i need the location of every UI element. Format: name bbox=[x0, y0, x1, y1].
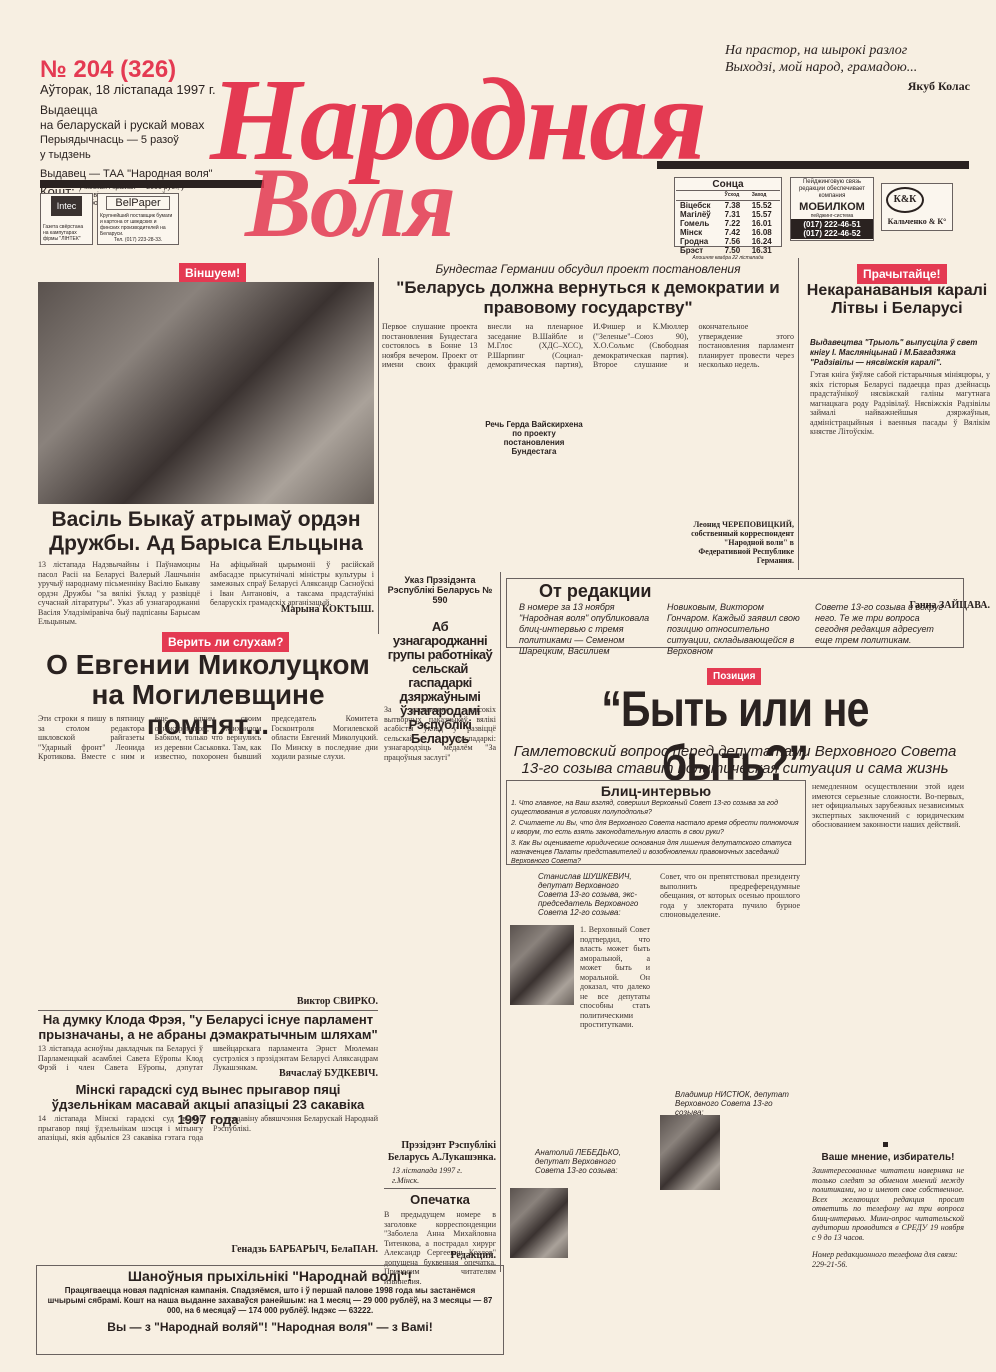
belpaper-text: Крупнейший поставщик бумаги и картона от… bbox=[100, 213, 176, 237]
subscription-slogan: Вы — з "Народнай воляй"! "Народная воля"… bbox=[45, 1320, 495, 1334]
mobilcom-phone-2: (017) 222-46-52 bbox=[791, 229, 873, 238]
editorial-headline: От редакции bbox=[539, 581, 951, 602]
kicker-congratulations: Віншуем! bbox=[179, 263, 246, 283]
ukaz-place: г.Мінск. bbox=[392, 1176, 419, 1185]
ukaz-date: 13 лістапада 1997 г. bbox=[392, 1166, 462, 1175]
bykau-text-a: 13 лістапада Надзвычайны і Паўнамоцны па… bbox=[38, 560, 200, 627]
bykau-photo bbox=[38, 282, 374, 504]
epigraph-author: Якуб Колас bbox=[725, 78, 970, 95]
voter-text: Заинтересованные читатели наверняка не т… bbox=[812, 1166, 964, 1242]
editorial-col2: Новиковым, Виктором Гончаром. Каждый зая… bbox=[667, 602, 803, 657]
sun-row: Магілёў7.3115.57 bbox=[676, 210, 780, 219]
mobilcom-logo: МОБИЛКОМ bbox=[791, 201, 873, 213]
bundestag-text: Первое слушание проекта постановления Бу… bbox=[382, 322, 794, 552]
ukaz-title: Указ Прэзідэнта Рэспублікі Беларусь № 59… bbox=[384, 575, 496, 605]
court-author: Генадзь БАРБАРЫЧ, БелаПАН. bbox=[200, 1244, 378, 1255]
errata-author: Редакция. bbox=[384, 1250, 496, 1261]
bundestag-author: Леонид ЧЕРЕПОВИЦКИЙ, собственный корресп… bbox=[688, 520, 794, 565]
sun-table-box: Сонца ЎсходЗаход Віцебск7.3815.52 Магілё… bbox=[674, 177, 782, 247]
mikolutsky-text: Эти строки я пишу в пятницу за столом ре… bbox=[38, 714, 378, 994]
intec-ad: Intec Газета свёрстана на кампутарах фір… bbox=[40, 193, 93, 245]
person2-title: Владимир НИСТЮК, депутат Верховного Сове… bbox=[675, 1090, 795, 1117]
mobilcom-ad: Пейджинговую связь редакции обеспечивает… bbox=[790, 177, 874, 241]
belpaper-phone: Тел. (017) 223-28-33. bbox=[100, 237, 176, 243]
ukaz-sign2: Беларусь А.Лукашэнка. bbox=[384, 1152, 496, 1163]
newspaper-title-line2: Воля bbox=[245, 160, 454, 245]
subscription-box: Шаноўныя прыхільнікі "Народнай волі"! Пр… bbox=[36, 1265, 504, 1355]
epigraph: На прастор, на шырокі разлог Выходзі, мо… bbox=[725, 42, 970, 95]
belpaper-logo: BelPaper bbox=[106, 196, 170, 210]
voter-phone: Номер редакционного телефона для связи: … bbox=[812, 1250, 964, 1269]
frei-author: Вячаслаў БУДКЕВІЧ. bbox=[260, 1068, 378, 1079]
kalchenko-logo-icon: К&К bbox=[886, 187, 924, 213]
blitz-box: Блиц-интервью 1. Что главное, на Ваш взг… bbox=[506, 780, 806, 865]
bullet-icon bbox=[883, 1142, 888, 1147]
ukaz-sign1: Прэзідэнт Рэспублікі bbox=[384, 1140, 496, 1151]
radzivily-headline: Некаранаваныя каралі Літвы і Беларусі bbox=[802, 282, 992, 318]
mikolutsky-author: Виктор СВИРКО. bbox=[260, 996, 378, 1007]
radzivily-text: Гэтая кніга ўяўляе сабой гістарычныя мін… bbox=[810, 370, 990, 560]
nistyuk-photo bbox=[660, 1115, 720, 1190]
sun-row: Гомель7.2216.01 bbox=[676, 219, 780, 228]
person1-title: Станислав ШУШКЕВИЧ, депутат Верховного С… bbox=[538, 872, 648, 917]
bundestag-headline: "Беларусь должна вернуться к демократии … bbox=[382, 278, 794, 318]
lebedko-photo bbox=[510, 1188, 568, 1258]
shushkevich-photo bbox=[510, 925, 574, 1005]
intec-text: Газета свёрстана на кампутарах фірмы "ЛІ… bbox=[43, 224, 90, 242]
subscription-text: Працягваецца новая падпісная кампанія. С… bbox=[45, 1286, 495, 1316]
position-text-col2: Совет, что он препятствовал президенту в… bbox=[660, 872, 800, 1022]
sun-note: Апошняя квадра 22 лістапада bbox=[676, 255, 780, 261]
radzivily-lead: Выдавецтва "Трыоль" выпусціла ў свет кні… bbox=[810, 338, 990, 368]
col-rise: Ўсход bbox=[721, 191, 748, 201]
errata-headline: Опечатка bbox=[384, 1192, 496, 1207]
epigraph-line1: На прастор, на шырокі разлог bbox=[725, 42, 970, 59]
sun-row: Віцебск7.3815.52 bbox=[676, 201, 780, 211]
editorial-box: От редакции В номере за 13 ноября "Народ… bbox=[506, 578, 964, 648]
bundestag-kicker: Бундестаг Германии обсудил проект постан… bbox=[382, 262, 794, 276]
voter-headline: Ваше мнение, избиратель! bbox=[812, 1152, 964, 1163]
bykau-headline: Васіль Быкаў атрымаў ордэн Дружбы. Ад Ба… bbox=[38, 508, 374, 556]
person1-text: 1. Верховный Совет подтвердил, что власт… bbox=[580, 925, 650, 1125]
sun-times-table: ЎсходЗаход Віцебск7.3815.52 Магілёў7.311… bbox=[676, 190, 780, 255]
bykau-author: Марына КОКТЫШ. bbox=[210, 604, 374, 615]
editorial-col3: Совете 13-го созыва и вокруг него. Те же… bbox=[815, 602, 951, 657]
sun-row: Гродна7.5616.24 bbox=[676, 237, 780, 246]
intec-logo: Intec bbox=[51, 196, 82, 216]
belpaper-ad: BelPaper Крупнейший поставщик бумаги и к… bbox=[97, 193, 179, 245]
kalchenko-name: Кальченко & К° bbox=[882, 217, 952, 226]
position-text-col3: немедленном осуществлении этой идеи имею… bbox=[812, 782, 964, 1082]
position-subhead: Гамлетовский вопрос перед депутатами Вер… bbox=[506, 743, 964, 777]
bykau-text-b: На афіцыйнай цырымоніі ў расійскай амбас… bbox=[210, 560, 374, 608]
sun-row: Мінск7.4216.08 bbox=[676, 228, 780, 237]
col-set: Заход bbox=[748, 191, 780, 201]
kalchenko-ad: К&К Кальченко & К° bbox=[881, 183, 953, 231]
blitz-q2: 2. Считаете ли Вы, что для Верховного Со… bbox=[511, 819, 801, 837]
frei-headline: На думку Клода Фрэя, "у Беларусі існуе п… bbox=[38, 1012, 378, 1042]
sun-row: Брэст7.5016.31 bbox=[676, 246, 780, 255]
editorial-col1: В номере за 13 ноября "Народная воля" оп… bbox=[519, 602, 655, 657]
bundestag-subhead: Речь Герда Вайскирхена по проекту постан… bbox=[484, 420, 584, 456]
court-text: 14 лістапада Мінскі гарадскі суд вынес п… bbox=[38, 1114, 378, 1244]
blitz-q3: 3. Как Вы оцениваете юридические основан… bbox=[511, 839, 801, 866]
person3-title: Анатолий ЛЕБЕДЬКО, депутат Верховного Со… bbox=[535, 1148, 645, 1175]
mobilcom-phone-1: (017) 222-46-51 bbox=[791, 220, 873, 229]
blitz-q1: 1. Что главное, на Ваш взгляд, совершил … bbox=[511, 799, 801, 817]
blitz-title: Блиц-интервью bbox=[511, 783, 801, 799]
mobilcom-text: Пейджинговую связь редакции обеспечивает… bbox=[791, 178, 873, 201]
subscription-headline: Шаноўныя прыхільнікі "Народнай волі"! bbox=[45, 1268, 495, 1284]
ukaz-text: За дасягненне высокіх вытворчых паказчык… bbox=[384, 705, 496, 1125]
kicker-read: Прачытайце! bbox=[857, 264, 947, 284]
epigraph-line2: Выходзі, мой народ, грамадою... bbox=[725, 59, 970, 76]
sun-title: Сонца bbox=[676, 179, 780, 190]
